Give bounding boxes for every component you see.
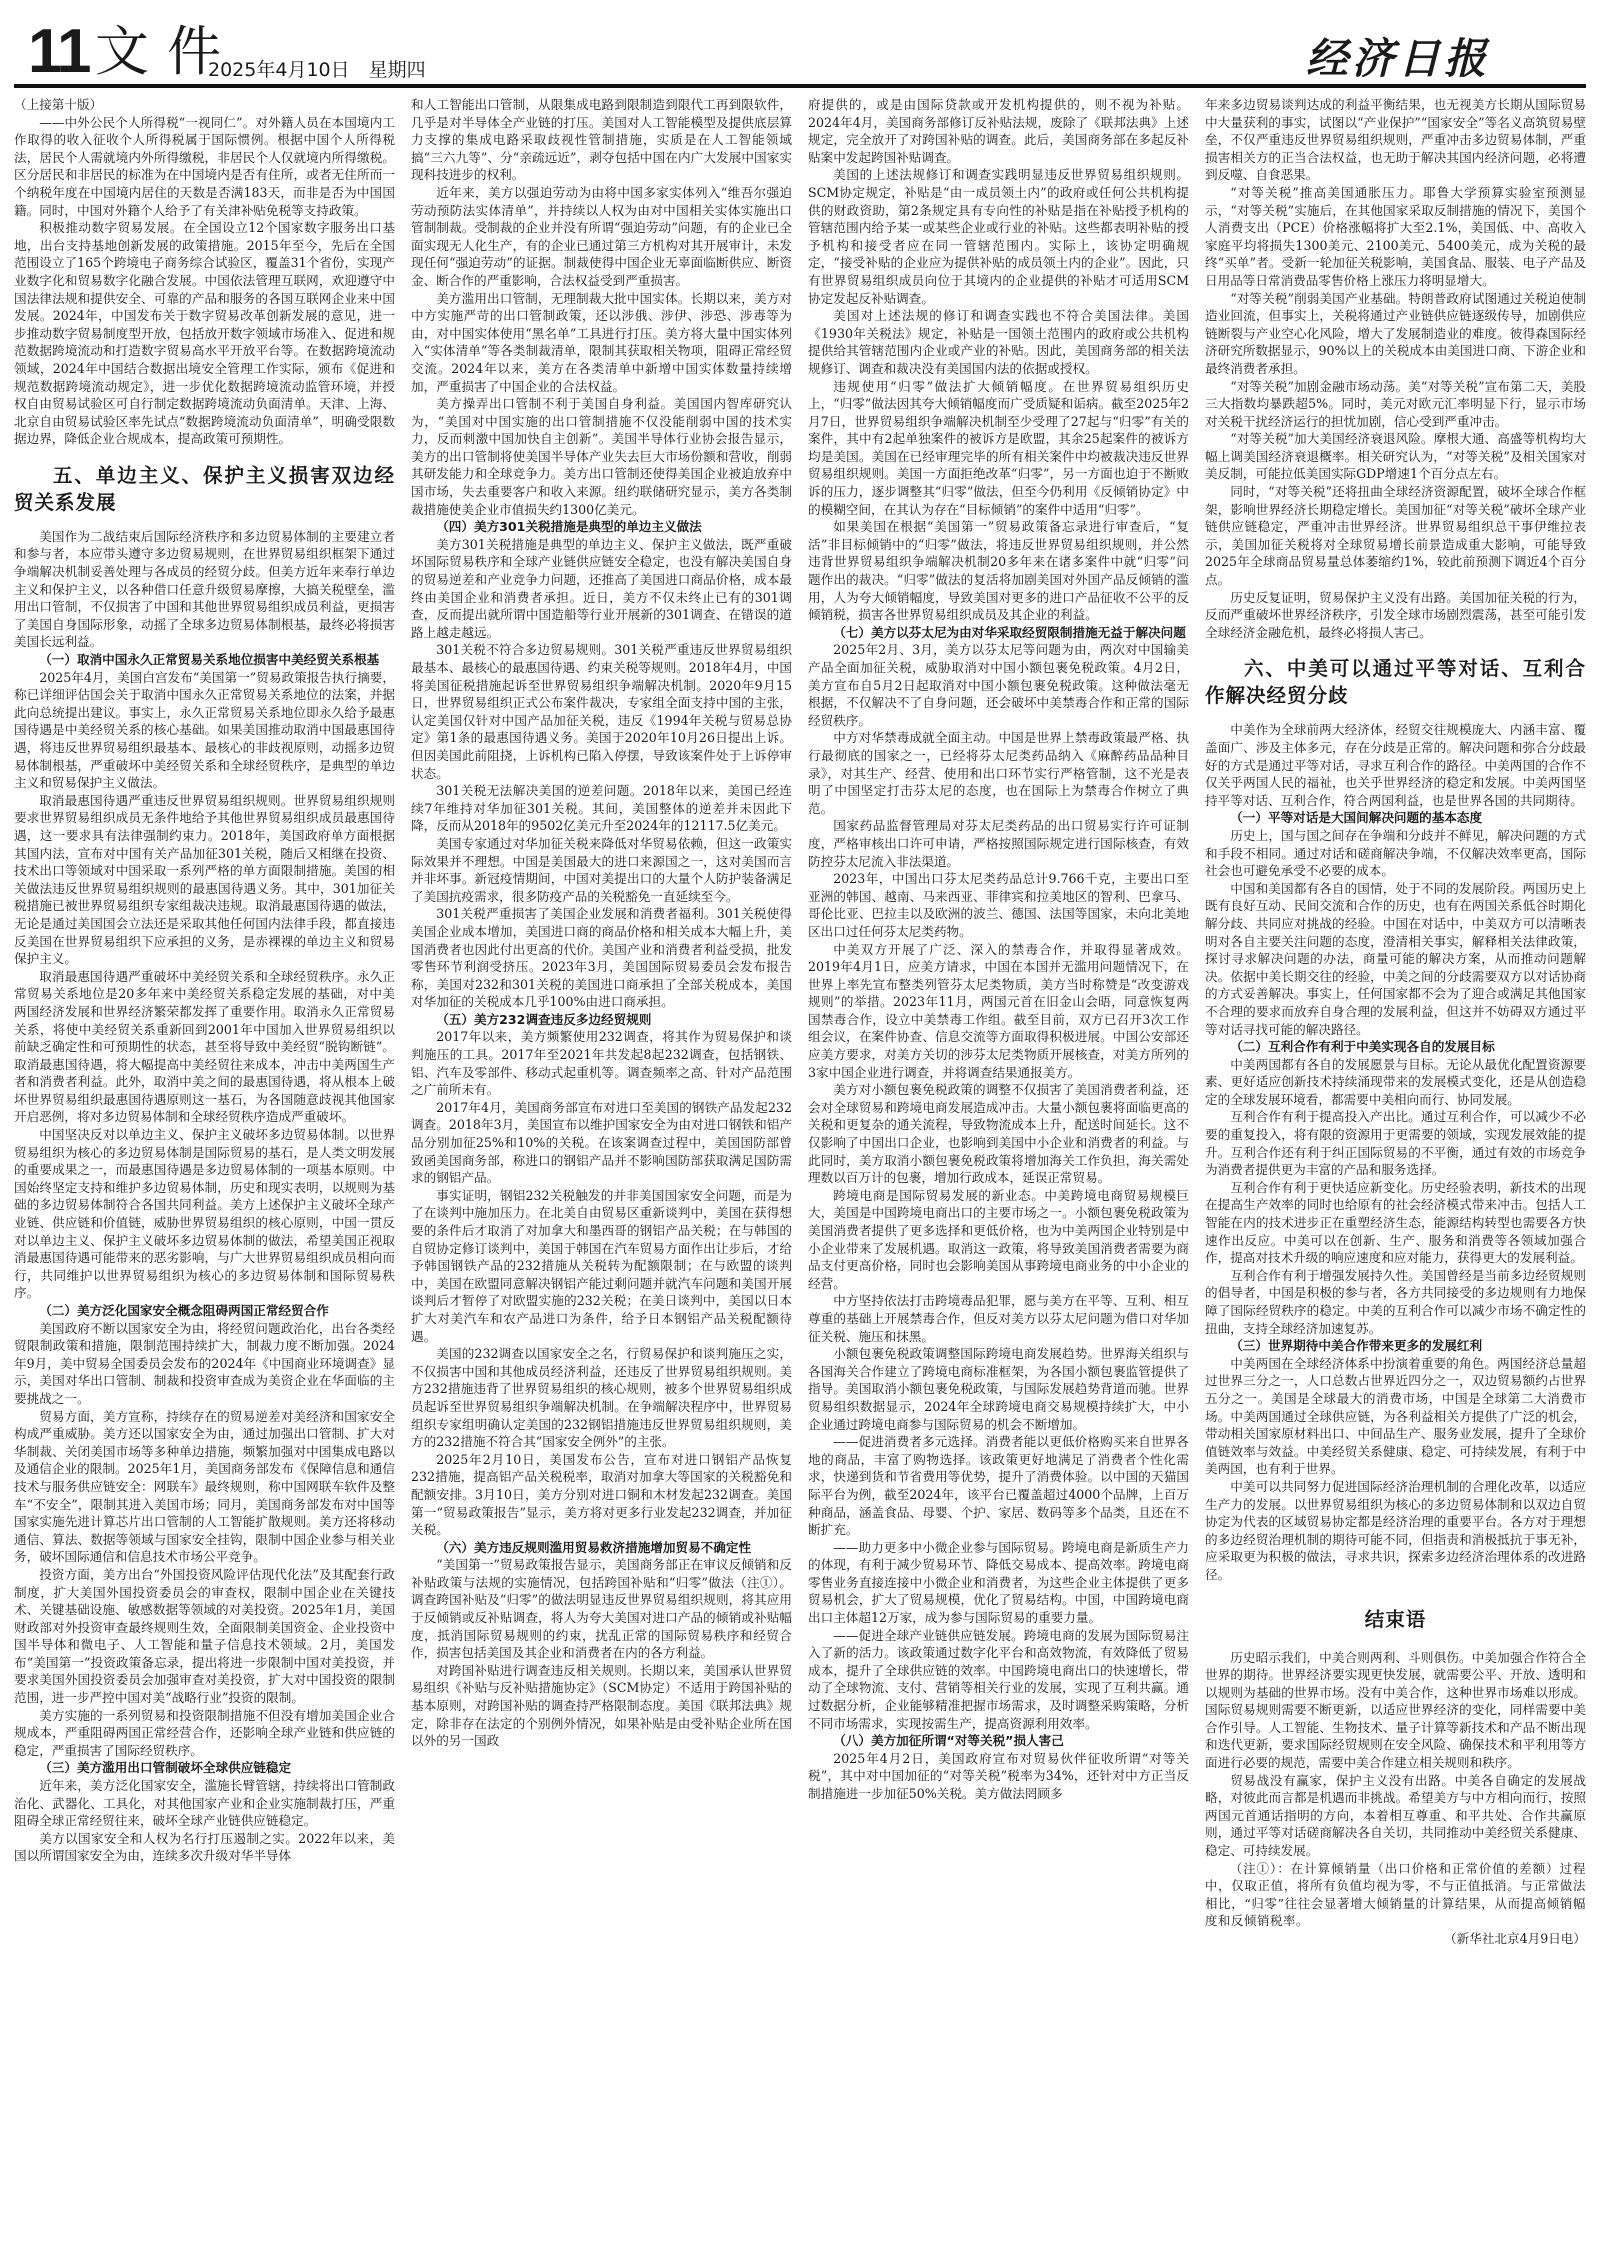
paragraph: 如果美国在根据“美国第一”贸易政策备忘录进行审查后，“复活”非目标倾销中的“归零…	[808, 518, 1189, 624]
paragraph: 取消最惠国待遇严重破坏中美经贸关系和全球经贸秩序。永久正常贸易关系地位是20多年…	[14, 968, 395, 1126]
masthead-rule	[14, 84, 1586, 88]
paragraph: 美国政府不断以国家安全为由，将经贸问题政治化，出台各类经贸限制政策和措施，限制范…	[14, 1320, 395, 1408]
paragraph: 中美作为全球前两大经济体，经贸交往规模庞大、内涵丰富、覆盖面广、涉及主体多元，存…	[1205, 721, 1586, 809]
paragraph: 301关税严重损害了美国企业发展和消费者福利。301关税使得美国企业成本增加，美…	[411, 905, 792, 1011]
paragraph: 历史上，国与国之间存在争端和分歧并不鲜见，解决问题的方式和手段不相同。通过对话和…	[1205, 827, 1586, 880]
masthead: 11 文件 2025年4月10日 星期四 经济日报	[0, 0, 1600, 82]
section-heading: 六、中美可以通过平等对话、互利合作解决经贸分歧	[1205, 655, 1586, 709]
paragraph: 积极推动数字贸易发展。在全国设立12个国家数字服务出口基地，出台支持基地创新发展…	[14, 219, 395, 448]
subsection-heading: （七）美方以芬太尼为由对华采取经贸限制措施无益于解决问题	[808, 624, 1189, 642]
paragraph: 小额包裹免税政策调整国际跨境电商发展趋势。世界海关组织与各国海关合作建立了跨境电…	[808, 1345, 1189, 1433]
paragraph: ——助力更多中小微企业参与国际贸易。跨境电商是新质生产力的体现，有利于减少贸易环…	[808, 1539, 1189, 1627]
paragraph: 中国和美国都有各自的国情，处于不同的发展阶段。两国历史上既有良好互动、民间交流和…	[1205, 880, 1586, 1038]
paragraph: 2025年2月、3月，美方以芬太尼等问题为由，两次对中国输美产品全面加征关税，威…	[808, 641, 1189, 729]
subsection-heading: （五）美方232调查违反多边经贸规则	[411, 1011, 792, 1029]
paragraph: 美国的232调查以国家安全之名，行贸易保护和谈判施压之实，不仅损害中国和其他成员…	[411, 1345, 792, 1451]
subsection-heading: （六）美方违反规则滥用贸易救济措施增加贸易不确定性	[411, 1539, 792, 1557]
subsection-heading: （三）世界期待中美合作带来更多的发展红利	[1205, 1337, 1586, 1355]
paragraph: “对等关税”削弱美国产业基础。特朗普政府试图通过关税迫使制造业回流，但事实上，关…	[1205, 290, 1586, 378]
paragraph: 美国作为二战结束后国际经济秩序和多边贸易体制的主要建立者和参与者，本应带头遵守多…	[14, 528, 395, 651]
issue-date: 2025年4月10日 星期四	[208, 55, 426, 82]
paragraph: ——促进消费者多元选择。消费者能以更低价格购买来自世界各地的商品，丰富了购物选择…	[808, 1433, 1189, 1539]
paragraph: 美国的上述法规修订和调查实践明显违反世界贸易组织规则。SCM协定规定，补贴是“由…	[808, 166, 1189, 307]
paragraph: 2017年4月，美国商务部宣布对进口至美国的钢铁产品发起232调查。2018年3…	[411, 1099, 792, 1187]
paragraph: 同时，“对等关税”还将扭曲全球经济资源配置，破坏全球合作框架，影响世界经济长期稳…	[1205, 483, 1586, 589]
paragraph: 互利合作有利于增强发展持久性。美国曾经是当前多边经贸规则的倡导者，中国是积极的参…	[1205, 1267, 1586, 1337]
section-heading: 五、单边主义、保护主义损害双边经贸关系发展	[14, 462, 395, 516]
paragraph: 贸易战没有赢家，保护主义没有出路。中美各自确定的发展战略，对彼此而言都是机遇而非…	[1205, 1772, 1586, 1860]
paragraph: 美国对上述法规的修订和调查实践也不符合美国法律。美国《1930年关税法》规定，补…	[808, 307, 1189, 377]
paragraph: 美国专家通过对华加征关税来降低对华贸易依赖，但这一政策实际效果并不理想。中国是美…	[411, 835, 792, 905]
paragraph: 中美两国都有各自的发展愿景与目标。无论从最优化配置资源要素、更好适应创新技术持续…	[1205, 1056, 1586, 1109]
paragraph-continued: 府提供的，或是由国际贷款或开发机构提供的，则不视为补贴。2024年4月，美国商务…	[808, 96, 1189, 166]
paragraph: 违规使用“归零”做法扩大倾销幅度。在世界贸易组织历史上，“归零”做法因其夸大倾销…	[808, 378, 1189, 519]
paragraph: 投资方面，美方出台“外国投资风险评估现代化法”及其配套行政制度，扩大美国外国投资…	[14, 1566, 395, 1707]
paragraph: 事实证明，钢铝232关税触发的并非美国国家安全问题，而是为了在谈判中施加压力。在…	[411, 1187, 792, 1345]
paragraph: 301关税不符合多边贸易规则。301关税严重违反世界贸易组织最基本、最核心的最惠…	[411, 641, 792, 782]
paragraph: 301关税无法解决美国的逆差问题。2018年以来，美国已经连续7年维持对华加征3…	[411, 782, 792, 835]
paragraph: 互利合作有利于更快适应新变化。历史经验表明，新技术的出现在提高生产效率的同时也给…	[1205, 1179, 1586, 1267]
paragraph: 历史昭示我们，中美合则两利、斗则俱伤。中美加强合作符合全世界的期待。世界经济要实…	[1205, 1649, 1586, 1772]
paragraph: 2025年4月2日，美国政府宣布对贸易伙伴征收所谓“对等关税”，其中对中国加征的…	[808, 1750, 1189, 1803]
paragraph: “对等关税”推高美国通胀压力。耶鲁大学预算实验室预测显示，“对等关税”实施后，在…	[1205, 184, 1586, 290]
paragraph: ——中外公民个人所得税“一视同仁”。对外籍人员在本国境内工作取得的收入征收个人所…	[14, 114, 395, 220]
paragraph: 中国坚决反对以单边主义、保护主义破坏多边贸易体制。以世界贸易组织为核心的多边贸易…	[14, 1126, 395, 1302]
subsection-heading: （三）美方滥用出口管制破坏全球供应链稳定	[14, 1759, 395, 1777]
paragraph: 中方坚持依法打击跨境毒品犯罪，愿与美方在平等、互利、相互尊重的基础上开展禁毒合作…	[808, 1292, 1189, 1345]
paragraph: 近年来，美方以强迫劳动为由将中国多家实体列入“维吾尔强迫劳动预防法实体清单”，并…	[411, 184, 792, 290]
paragraph: 美方实施的一系列贸易和投资限制措施不但没有增加美国企业合规成本，严重阻碍两国正常…	[14, 1707, 395, 1760]
paragraph: 美方操弄出口管制不利于美国自身利益。美国国内智库研究认为，“美国对中国实施的出口…	[411, 395, 792, 518]
paragraph: 跨境电商是国际贸易发展的新业态。中美跨境电商贸易规模巨大，美国是中国跨境电商出口…	[808, 1187, 1189, 1293]
newspaper-logo: 经济日报	[1306, 26, 1490, 86]
paragraph: 美方对小额包裹免税政策的调整不仅损害了美国消费者利益，还会对全球贸易和跨境电商发…	[808, 1081, 1189, 1187]
paragraph: 历史反复证明，贸易保护主义没有出路。美国加征关税的行为，反而严重破坏世界经济秩序…	[1205, 589, 1586, 642]
paragraph: “对等关税”加大美国经济衰退风险。摩根大通、高盛等机构均大幅上调美国经济衰退概率…	[1205, 430, 1586, 483]
continuation-note: （上接第十版）	[14, 96, 395, 114]
paragraph: 对跨国补贴进行调查违反相关规则。长期以来，美国承认世界贸易组织《补贴与反补贴措施…	[411, 1662, 792, 1750]
paragraph: 美方301关税措施是典型的单边主义、保护主义做法，既严重破坏国际贸易秩序和全球产…	[411, 536, 792, 642]
paragraph: 取消最惠国待遇严重违反世界贸易组织规则。世界贸易组织规则要求世界贸易组织成员无条…	[14, 792, 395, 968]
paragraph: 近年来，美方泛化国家安全，滥施长臂管辖，持续将出口管制政治化、武器化、工具化，对…	[14, 1777, 395, 1830]
dateline: （新华社北京4月9日电）	[1205, 1930, 1586, 1948]
paragraph: 2017年以来，美方频繁使用232调查，将其作为贸易保护和谈判施压的工具。201…	[411, 1028, 792, 1098]
paragraph: 中方对华禁毒成就全面主动。中国是世界上禁毒政策最严格、执行最彻底的国家之一，已经…	[808, 729, 1189, 817]
closing-heading: 结束语	[1205, 1606, 1586, 1633]
paragraph: 中美两国在全球经济体系中扮演着重要的角色。两国经济总量超过世界三分之一，人口总数…	[1205, 1355, 1586, 1478]
paragraph-continued: 年来多边贸易谈判达成的利益平衡结果，也无视美方长期从国际贸易中大量获利的事实，试…	[1205, 96, 1586, 184]
footnote: （注①）：在计算倾销量（出口价格和正常价值的差额）过程中，仅取正值，将所有负值均…	[1205, 1860, 1586, 1930]
subsection-heading: （四）美方301关税措施是典型的单边主义做法	[411, 518, 792, 536]
column-1: （上接第十版）——中外公民个人所得税“一视同仁”。对外籍人员在本国境内工作取得的…	[14, 96, 395, 2256]
subsection-heading: （一）取消中国永久正常贸易关系地位损害中美经贸关系根基	[14, 651, 395, 669]
article-columns: （上接第十版）——中外公民个人所得税“一视同仁”。对外籍人员在本国境内工作取得的…	[14, 96, 1586, 2256]
column-4: 年来多边贸易谈判达成的利益平衡结果，也无视美方长期从国际贸易中大量获利的事实，试…	[1205, 96, 1586, 2256]
paragraph: 2025年2月10日，美国发布公告，宣布对进口钢铝产品恢复232措施，提高铝产品…	[411, 1451, 792, 1539]
paragraph: “美国第一”贸易政策报告显示，美国商务部正在审议反倾销和反补贴政策与法规的实施情…	[411, 1556, 792, 1662]
paragraph: “对等关税”加剧金融市场动荡。美“对等关税”宣布第二天，美股三大指数均暴跌超5%…	[1205, 378, 1586, 431]
column-3: 府提供的，或是由国际贷款或开发机构提供的，则不视为补贴。2024年4月，美国商务…	[808, 96, 1189, 2256]
subsection-heading: （八）美方加征所谓“对等关税”损人害己	[808, 1732, 1189, 1750]
subsection-heading: （一）平等对话是大国间解决问题的基本态度	[1205, 809, 1586, 827]
paragraph: 贸易方面，美方宣称，持续存在的贸易逆差对美经济和国家安全构成严重威胁。美方还以国…	[14, 1408, 395, 1566]
subsection-heading: （二）互利合作有利于中美实现各自的发展目标	[1205, 1038, 1586, 1056]
paragraph: 2025年4月，美国白宫发布“美国第一”贸易政策报告执行摘要，称已详细评估国会关…	[14, 669, 395, 792]
page-number: 11	[28, 22, 90, 82]
paragraph-continued: 和人工智能出口管制，从限集成电路到限制造到限代工再到限软件，几乎是对半导体全产业…	[411, 96, 792, 184]
paragraph: 美方滥用出口管制，无理制裁大批中国实体。长期以来，美方对中方实施严苛的出口管制政…	[411, 290, 792, 396]
column-2: 和人工智能出口管制，从限集成电路到限制造到限代工再到限软件，几乎是对半导体全产业…	[411, 96, 792, 2256]
subsection-heading: （二）美方泛化国家安全概念阻碍两国正常经贸合作	[14, 1302, 395, 1320]
paragraph: ——促进全球产业链供应链发展。跨境电商的发展为国际贸易注入了新的活力。该政策通过…	[808, 1627, 1189, 1733]
paragraph: 互利合作有利于提高投入产出比。通过互利合作，可以减少不必要的重复投入，将有限的资…	[1205, 1108, 1586, 1178]
paragraph: 中美双方开展了广泛、深入的禁毒合作，并取得显著成效。2019年4月1日，应美方请…	[808, 941, 1189, 1082]
paragraph: 美方以国家安全和人权为名行打压遏制之实。2022年以来，美国以所谓国家安全为由，…	[14, 1830, 395, 1865]
paragraph: 国家药品监督管理局对芬太尼类药品的出口贸易实行许可证制度，严格审核出口许可申请，…	[808, 817, 1189, 870]
paragraph: 2023年，中国出口芬太尼类药品总计9.766千克，主要出口至亚洲的韩国、越南、…	[808, 870, 1189, 940]
paragraph: 中美可以共同努力促进国际经济治理机制的合理化改革，以适应生产力的发展。以世界贸易…	[1205, 1478, 1586, 1584]
